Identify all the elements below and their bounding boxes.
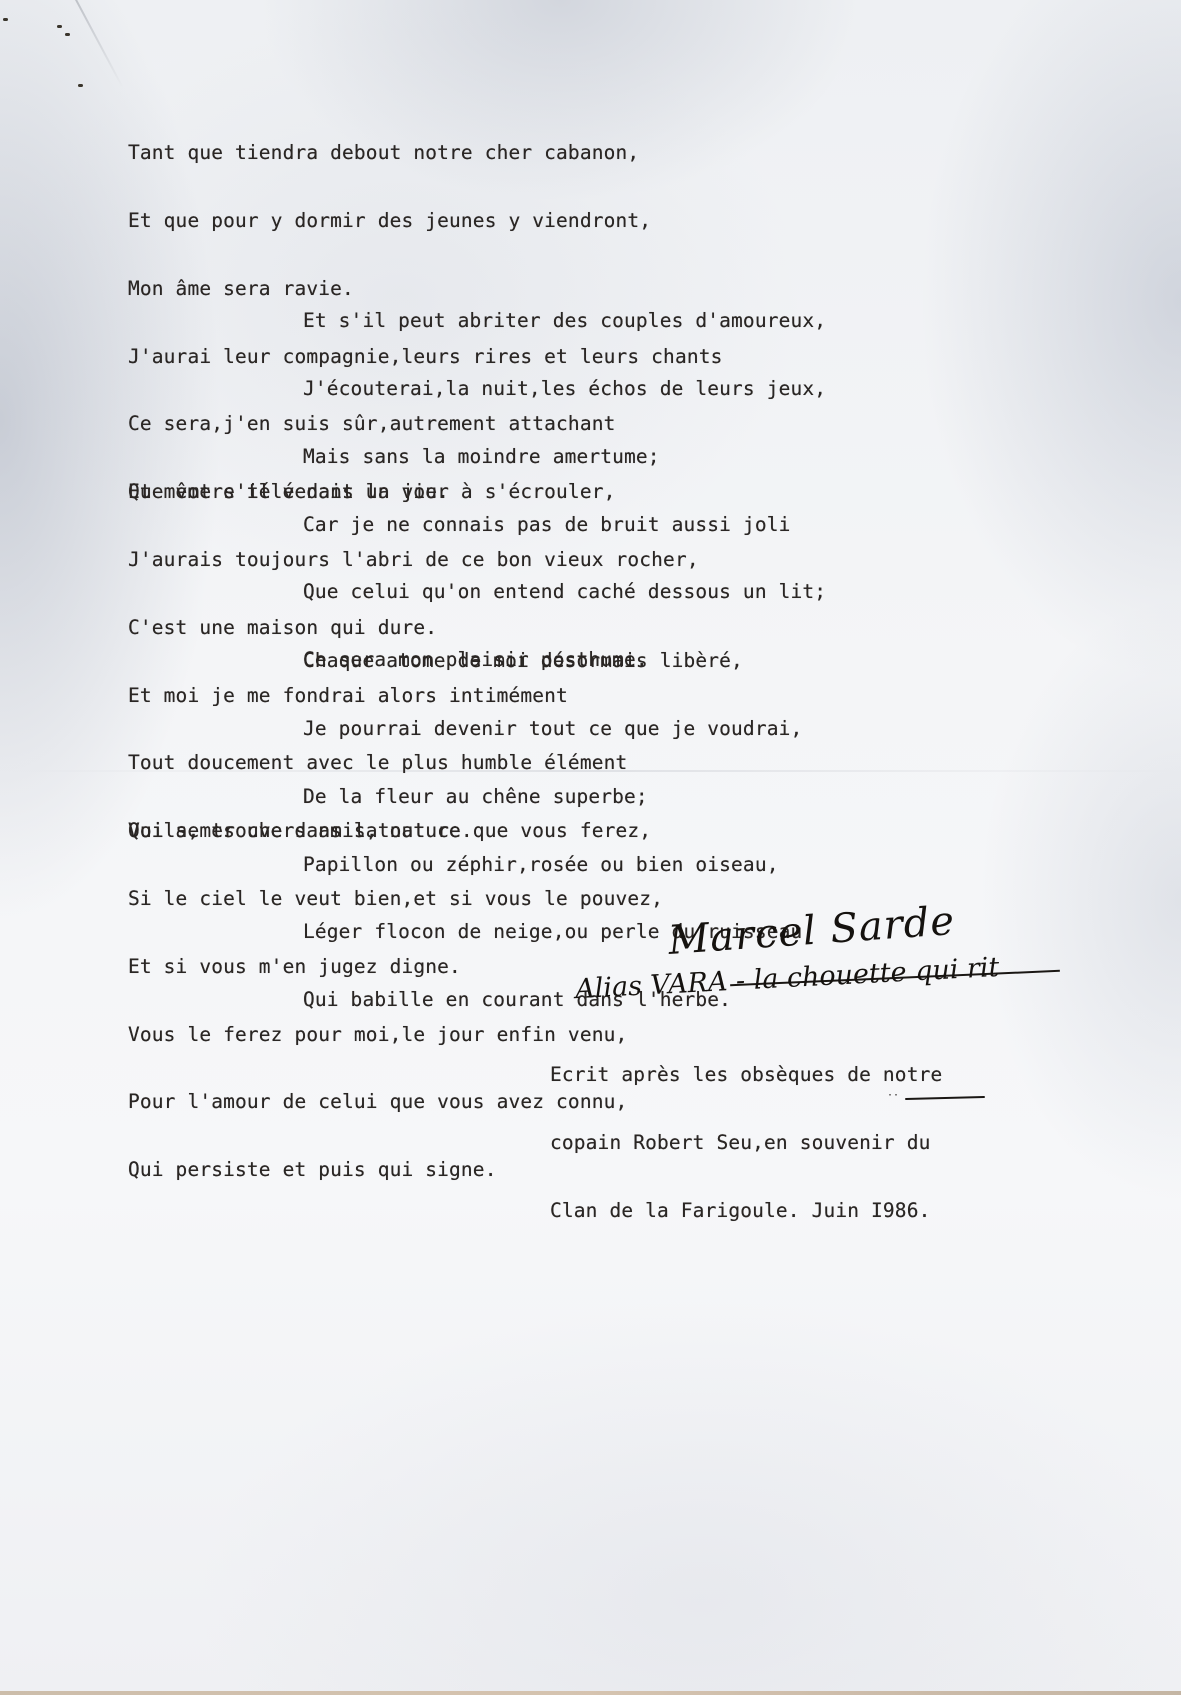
dedication-note: Ecrit après les obsèques de notre copain… (550, 1019, 942, 1268)
poem-line: Et s'il peut abriter des couples d'amour… (303, 310, 826, 333)
note-line: copain Robert Seu,en souvenir du (550, 1132, 942, 1155)
paper-bottom-edge (0, 1691, 1181, 1695)
poem-line: Je pourrai devenir tout ce que je voudra… (303, 718, 802, 741)
paper-fold-crease (75, 0, 124, 88)
note-line: Clan de la Farigoule. Juin I986. (550, 1200, 942, 1223)
poem-line: J'écouterai,la nuit,les échos de leurs j… (303, 378, 826, 401)
poem-line: Et même s'il venait un jour à s'écrouler… (128, 481, 699, 504)
ink-dots: ·· (887, 1090, 899, 1101)
staple-hole (57, 25, 62, 28)
note-line: Ecrit après les obsèques de notre (550, 1064, 942, 1087)
poem-line: Et que pour y dormir des jeunes y viendr… (128, 210, 723, 233)
poem-line: Tant que tiendra debout notre cher caban… (128, 142, 723, 165)
poem-line: Si le ciel le veut bien,et si vous le po… (128, 888, 663, 911)
poem-line: Chaque atome de moi désormais libèré, (303, 650, 802, 673)
staple-hole (3, 18, 8, 21)
poem-line: J'aurais toujours l'abri de ce bon vieux… (128, 549, 699, 572)
staple-hole (78, 84, 83, 87)
staple-hole (65, 33, 70, 36)
paper-sheet: Tant que tiendra debout notre cher caban… (0, 0, 1181, 1695)
poem-line: Voila,mes chers amis,tout ce que vous fe… (128, 820, 663, 843)
